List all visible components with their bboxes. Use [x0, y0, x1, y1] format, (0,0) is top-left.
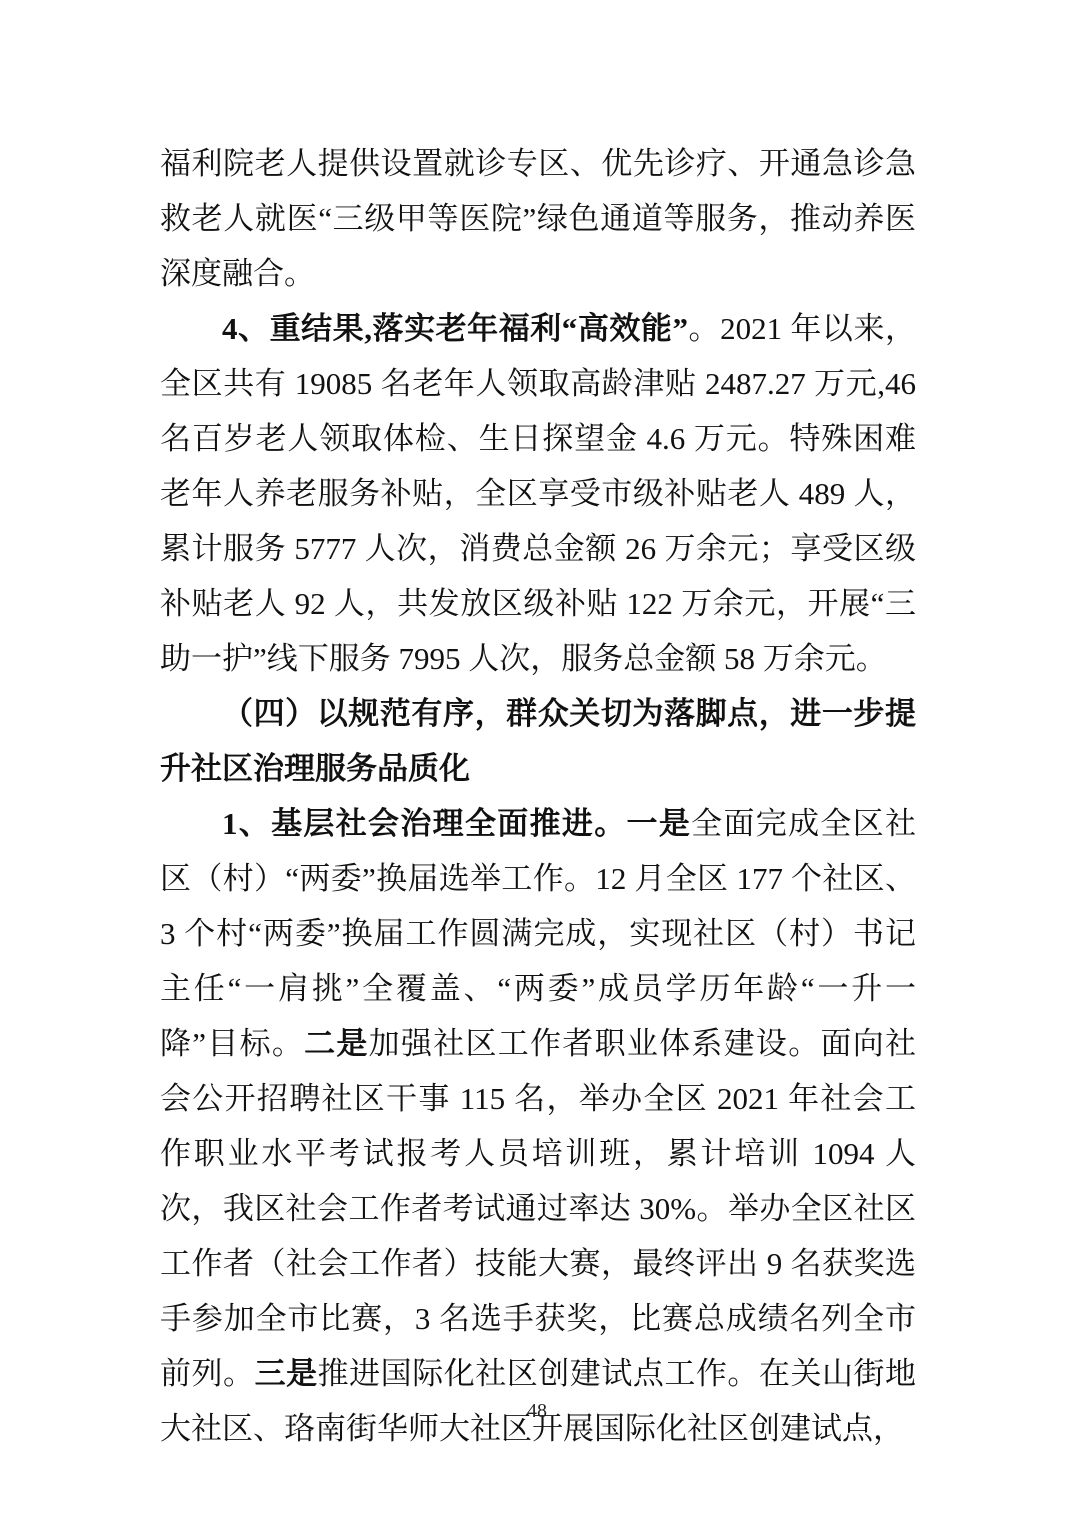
text-run: 全面完成全区社区（村）“两委”换届选举工作。12 月全区 177 个社区、3 个… [160, 806, 916, 1061]
body-text: 福利院老人提供设置就诊专区、优先诊疗、开通急诊急救老人就医“三级甲等医院”绿色通… [160, 136, 916, 1456]
document-page: 福利院老人提供设置就诊专区、优先诊疗、开通急诊急救老人就医“三级甲等医院”绿色通… [0, 0, 1074, 1520]
text-run: 4、重结果,落实老年福利“高效能” [222, 311, 688, 346]
paragraph-continuation-elderly-medical: 福利院老人提供设置就诊专区、优先诊疗、开通急诊急救老人就医“三级甲等医院”绿色通… [160, 136, 916, 301]
text-run: 。2021 年以来，全区共有 19085 名老年人领取高龄津贴 2487.27 … [160, 311, 916, 676]
text-run: 二是 [304, 1026, 369, 1061]
text-run: （四）以规范有序，群众关切为落脚点，进一步提升社区治理服务品质化 [160, 696, 916, 786]
paragraph-heading-section4: （四）以规范有序，群众关切为落脚点，进一步提升社区治理服务品质化 [160, 686, 916, 796]
text-run: 1、基层社会治理全面推进。一是 [222, 806, 691, 841]
text-run: 福利院老人提供设置就诊专区、优先诊疗、开通急诊急救老人就医“三级甲等医院”绿色通… [160, 146, 916, 291]
text-run: 加强社区工作者职业体系建设。面向社会公开招聘社区干事 115 名，举办全区 20… [160, 1026, 916, 1391]
paragraph-item4-elderly-welfare: 4、重结果,落实老年福利“高效能”。2021 年以来，全区共有 19085 名老… [160, 301, 916, 686]
page-number: 48 [0, 1398, 1074, 1424]
text-run: 三是 [255, 1356, 318, 1391]
paragraph-item1-grassroots-governance: 1、基层社会治理全面推进。一是全面完成全区社区（村）“两委”换届选举工作。12 … [160, 796, 916, 1456]
